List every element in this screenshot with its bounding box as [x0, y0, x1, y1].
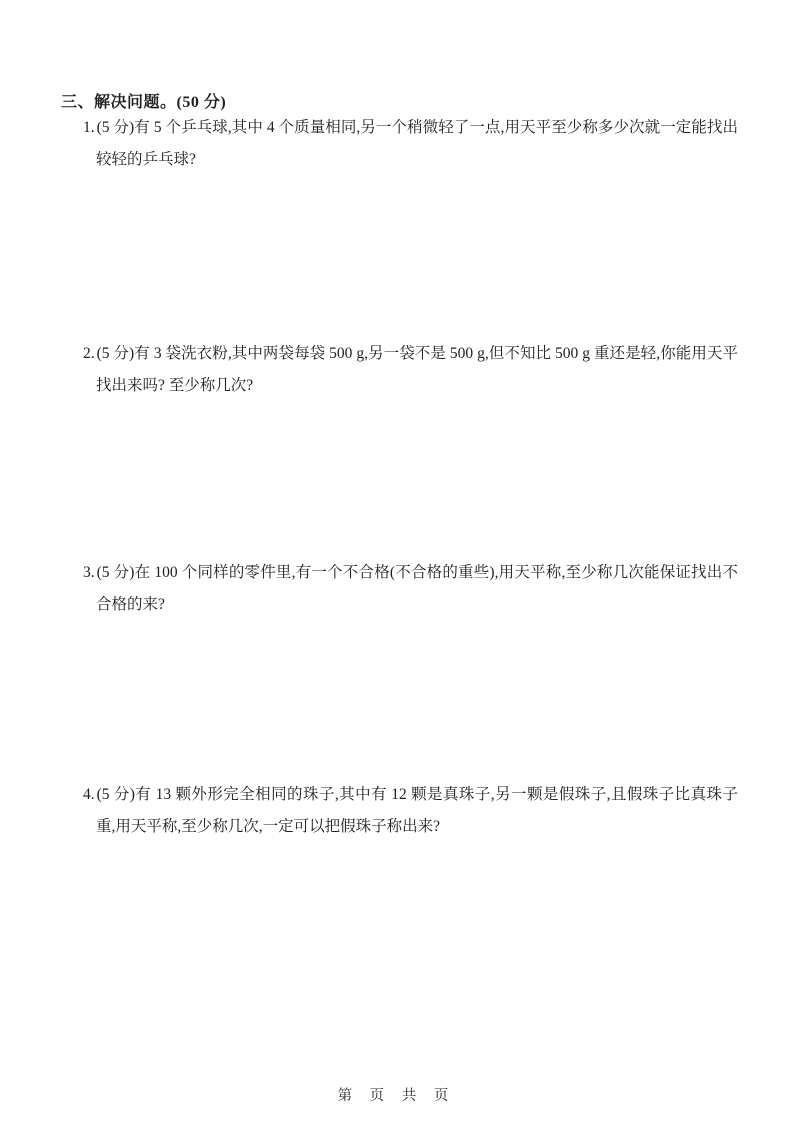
answer-space-2 — [61, 405, 738, 555]
question-2-number: 2. — [83, 345, 97, 362]
question-1: 1.(5 分)有 5 个乒乓球,其中 4 个质量相同,另一个稍微轻了一点,用天平… — [83, 112, 738, 176]
question-4: 4.(5 分)有 13 颗外形完全相同的珠子,其中有 12 颗是真珠子,另一颗是… — [83, 779, 738, 843]
section-header: 三、解决问题。(50 分) — [61, 92, 226, 114]
answer-space-4 — [61, 848, 738, 1048]
question-3-number: 3. — [83, 564, 97, 581]
question-2-text: (5 分)有 3 袋洗衣粉,其中两袋每袋 500 g,另一袋不是 500 g,但… — [96, 345, 738, 394]
worksheet-page: 三、解决问题。(50 分) 1.(5 分)有 5 个乒乓球,其中 4 个质量相同… — [0, 0, 793, 1122]
question-1-text: (5 分)有 5 个乒乓球,其中 4 个质量相同,另一个稍微轻了一点,用天平至少… — [96, 119, 738, 168]
question-4-number: 4. — [83, 786, 97, 803]
question-2: 2.(5 分)有 3 袋洗衣粉,其中两袋每袋 500 g,另一袋不是 500 g… — [83, 338, 738, 402]
answer-space-3 — [61, 605, 738, 777]
question-1-number: 1. — [83, 119, 97, 136]
question-4-text: (5 分)有 13 颗外形完全相同的珠子,其中有 12 颗是真珠子,另一颗是假珠… — [96, 786, 738, 835]
page-footer: 第 页 共 页 — [0, 1084, 793, 1105]
answer-space-1 — [61, 180, 738, 335]
